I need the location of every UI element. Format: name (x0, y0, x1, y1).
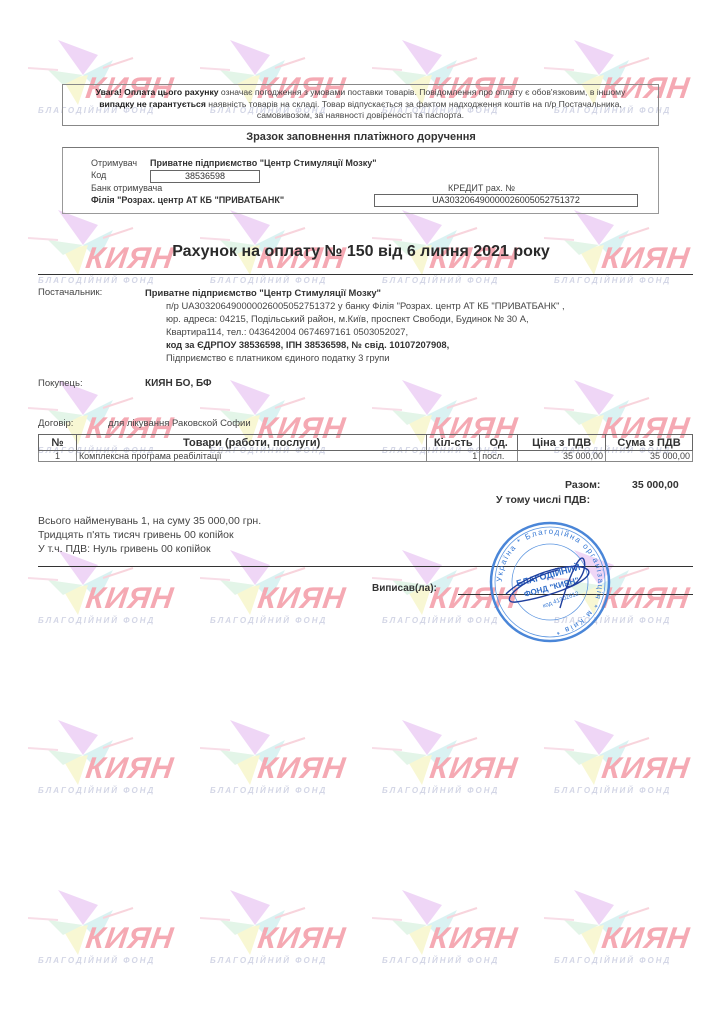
supplier-label: Постачальник: (38, 287, 102, 298)
items-table: № Товари (работи, послуги) Кіл-сть Од. Ц… (38, 434, 693, 462)
payment-sample-box: Отримувач Приватне підприємство "Центр С… (62, 147, 659, 214)
col-quantity: Кіл-сть (427, 435, 480, 451)
payment-sample-title: Зразок заповнення платіжного доручення (0, 131, 722, 143)
col-goods: Товари (работи, послуги) (76, 435, 426, 451)
code-label: Код (91, 170, 106, 180)
col-price: Ціна з ПДВ (518, 435, 606, 451)
recipient-label: Отримувач (91, 158, 137, 168)
total-label: Разом: (565, 479, 600, 491)
recipient-value: Приватне підприємство "Центр Стимуляції … (150, 158, 377, 168)
supplier-details: Приватне підприємство "Центр Стимуляції … (145, 286, 565, 364)
credit-label: КРЕДИТ рах. № (448, 183, 515, 193)
contract-label: Договір: (38, 418, 73, 429)
invoice-title: Рахунок на оплату № 150 від 6 липня 2021… (0, 243, 722, 261)
bank-value: Філія "Розрах. центр АТ КБ "ПРИВАТБАНК" (91, 195, 284, 205)
supplier-name: Приватне підприємство "Центр Стимуляції … (145, 286, 565, 299)
payment-notice: Увага! Оплата цього рахунку означає пого… (62, 84, 659, 126)
svg-text:код 41302612: код 41302612 (542, 591, 580, 610)
title-divider (38, 274, 693, 275)
warning-word: Увага! (96, 87, 122, 97)
contract-value: для лікування Раковской Софии (108, 418, 251, 429)
table-header-row: № Товари (работи, послуги) Кіл-сть Од. Ц… (39, 435, 693, 451)
bank-label: Банк отримувача (91, 183, 162, 193)
amount-in-words: Тридцять п'ять тисяч гривень 00 копійок (38, 528, 261, 542)
credit-account-value: UA303206490000026005052751372 (374, 194, 638, 207)
amount-summary: Всього найменувань 1, на суму 35 000,00 … (38, 514, 261, 556)
total-value: 35 000,00 (632, 479, 679, 491)
table-row: 1 Комплексна програма реабілітації 1 пос… (39, 451, 693, 462)
buyer-label: Покупець: (38, 378, 83, 389)
code-value: 38536598 (150, 170, 260, 183)
buyer-value: КИЯН БО, БФ (145, 378, 212, 389)
vat-in-words: У т.ч. ПДВ: Нуль гривень 00 копійок (38, 542, 261, 556)
invoice-document: Увага! Оплата цього рахунку означає пого… (0, 0, 722, 1024)
issued-by-label: Виписав(ла): (372, 583, 437, 594)
vat-label: У тому числі ПДВ: (496, 494, 590, 506)
items-count-line: Всього найменувань 1, на суму 35 000,00 … (38, 514, 261, 528)
col-number: № (39, 435, 77, 451)
col-unit: Од. (480, 435, 518, 451)
col-sum: Сума з ПДВ (606, 435, 693, 451)
stamp-seal-icon: Україна * Благодійна організація * м.Киї… (488, 520, 612, 644)
